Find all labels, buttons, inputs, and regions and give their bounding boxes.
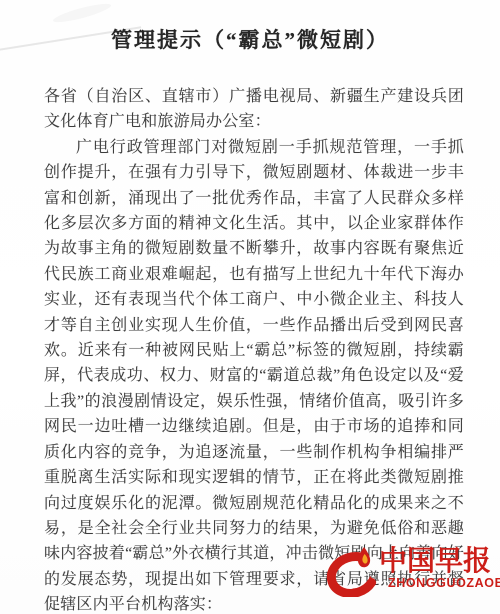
zaobao-logo-chinese: 中国早报 (379, 546, 500, 576)
document-page: 管理提示（“霸总”微短剧） 各省（自治区、直辖市）广播电视局、新疆生产建设兵团文… (0, 0, 500, 614)
zaobao-flame-bird-icon (326, 545, 386, 597)
zhongguo-zaobao-watermark: 中国早报 ZHONGGUOZAOBAO (326, 545, 500, 597)
scan-artifact-smudge (52, 0, 113, 25)
document-title: 管理提示（“霸总”微短剧） (0, 24, 500, 54)
salutation-line: 各省（自治区、直辖市）广播电视局、新疆生产建设兵团文化体育广电和旅游局办公室： (44, 84, 464, 135)
zaobao-logo-text: 中国早报 ZHONGGUOZAOBAO (379, 546, 500, 590)
body-paragraph: 广电行政管理部门对微短剧一手抓规范管理，一手抓创作提升，在强有力引导下，微短剧题… (44, 135, 464, 614)
zaobao-logo-pinyin: ZHONGGUOZAOBAO (388, 576, 500, 590)
document-body: 各省（自治区、直辖市）广播电视局、新疆生产建设兵团文化体育广电和旅游局办公室： … (44, 84, 464, 614)
